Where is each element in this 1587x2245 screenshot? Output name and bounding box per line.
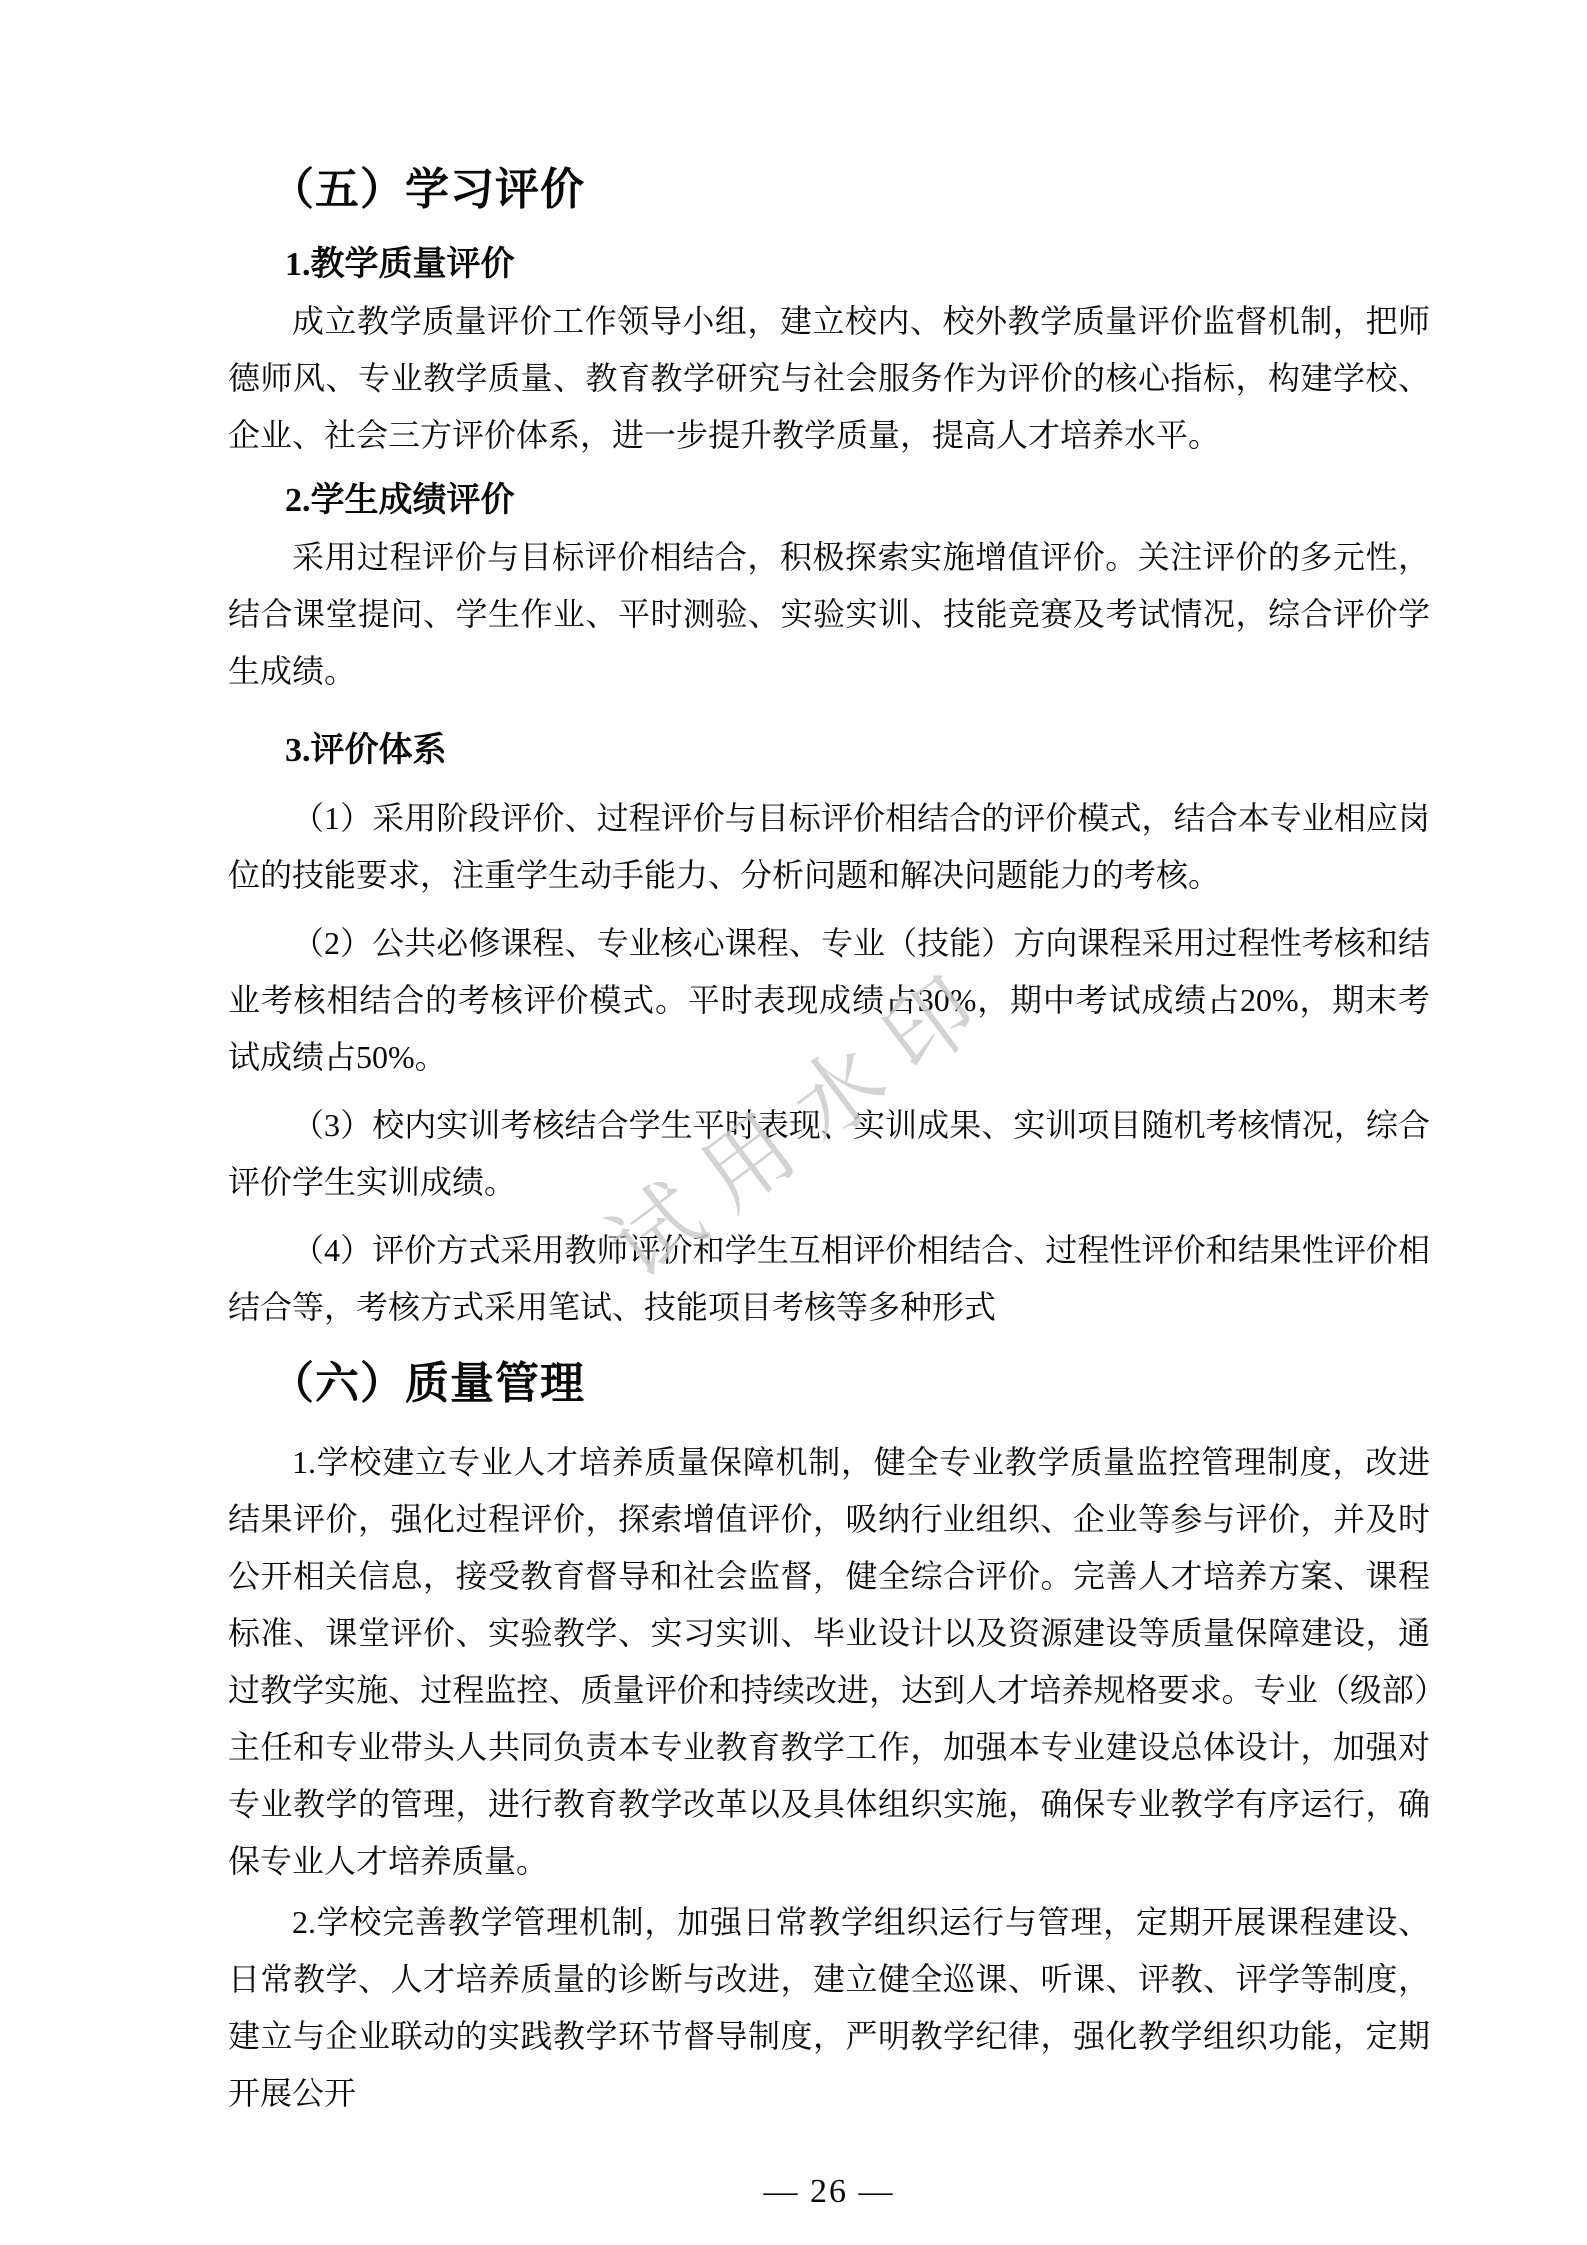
subheading-teaching-quality-evaluation: 1.教学质量评价 (228, 236, 1430, 293)
paragraph-student-grade-evaluation: 采用过程评价与目标评价相结合，积极探索实施增值评价。关注评价的多元性，结合课堂提… (228, 529, 1430, 700)
section-heading-learning-evaluation: （五）学习评价 (228, 158, 1430, 222)
paragraph-evaluation-item-1: （1）采用阶段评价、过程评价与目标评价相结合的评价模式，结合本专业相应岗位的技能… (228, 790, 1430, 904)
section-heading-quality-management: （六）质量管理 (228, 1352, 1430, 1416)
paragraph-evaluation-item-4: （4）评价方式采用教师评价和学生互相评价相结合、过程性评价和结果性评价相结合等，… (228, 1222, 1430, 1336)
subheading-student-grade-evaluation: 2.学生成绩评价 (228, 472, 1430, 529)
paragraph-evaluation-item-3: （3）校内实训考核结合学生平时表现、实训成果、实训项目随机考核情况，综合评价学生… (228, 1097, 1430, 1211)
document-page: （五）学习评价 1.教学质量评价 成立教学质量评价工作领导小组，建立校内、校外教… (0, 0, 1587, 2212)
paragraph-teaching-quality-evaluation: 成立教学质量评价工作领导小组，建立校内、校外教学质量评价监督机制，把师德师风、专… (228, 293, 1430, 464)
paragraph-quality-management-2: 2.学校完善教学管理机制，加强日常教学组织运行与管理，定期开展课程建设、日常教学… (228, 1894, 1430, 2122)
page-number: — 26 — (228, 2172, 1430, 2212)
subheading-evaluation-system: 3.评价体系 (228, 722, 1430, 779)
paragraph-evaluation-item-2: （2）公共必修课程、专业核心课程、专业（技能）方向课程采用过程性考核和结业考核相… (228, 915, 1430, 1086)
paragraph-quality-management-1: 1.学校建立专业人才培养质量保障机制，健全专业教学质量监控管理制度，改进结果评价… (228, 1434, 1430, 1890)
